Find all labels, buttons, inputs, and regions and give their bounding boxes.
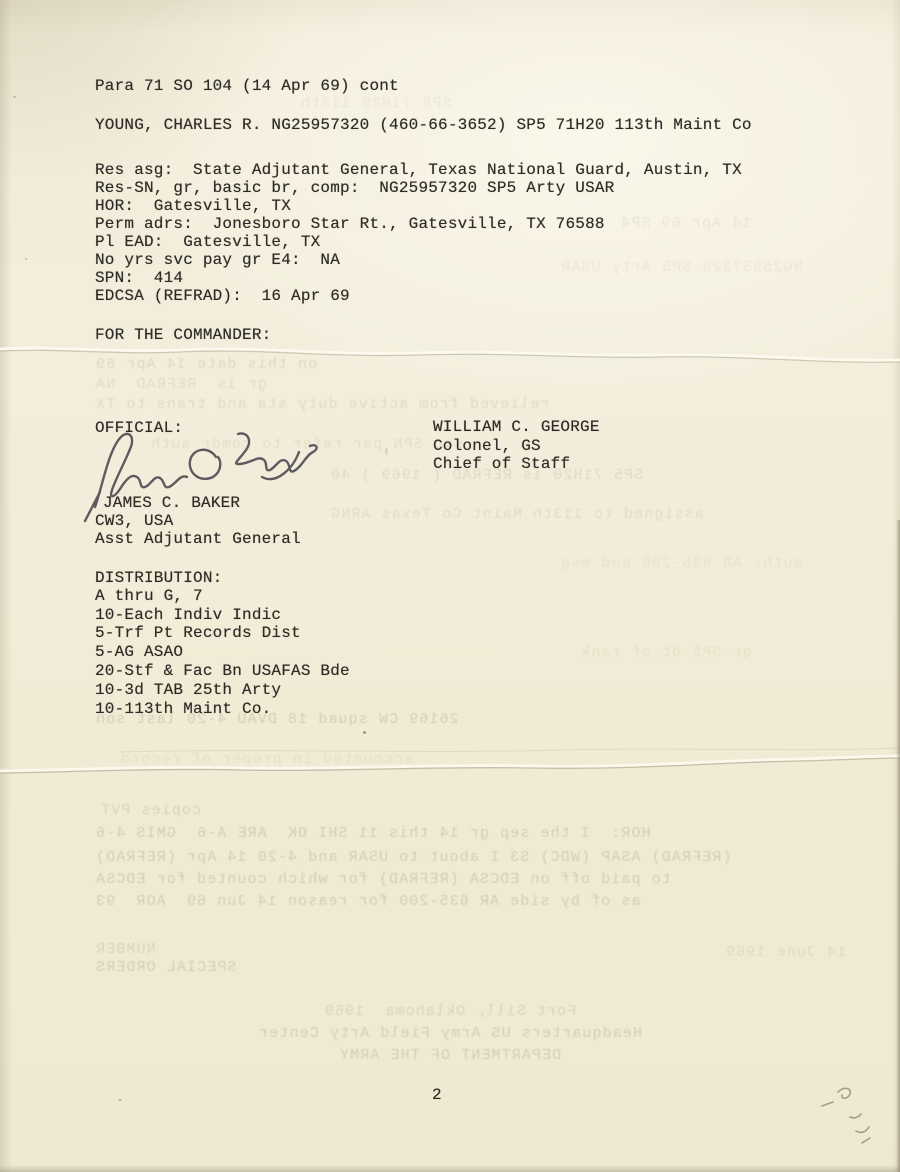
detail-edcsa: EDCSA (REFRAD): 16 Apr 69 <box>95 287 350 305</box>
detail-res-sn: Res-SN, gr, basic br, comp: NG25957320 S… <box>95 179 614 197</box>
bleedthrough-line: 14 June 1969 <box>725 945 846 961</box>
bleedthrough-line: Fort Sill, Oklahoma 1969 <box>250 1004 650 1020</box>
bleedthrough-line: as of by side AR 635-200 for reason 14 J… <box>95 894 640 910</box>
bleedthrough-line: on this date 14 Apr 69 <box>95 357 317 373</box>
bleedthrough-line: NG25957320 SP5 Arty USAR <box>560 260 802 276</box>
bleedthrough-line: (REFRAD) ASAP (WDC) S3 I about to USAR a… <box>95 850 731 866</box>
bleedthrough-line: SP5 71H20 113th <box>300 96 452 112</box>
page-number: 2 <box>432 1086 442 1104</box>
bleedthrough-line: DEPARTMENT OF THE ARMY <box>250 1048 650 1064</box>
bleedthrough-line: gr SP5 dt of rank <box>580 645 752 661</box>
soldier-identification-line: YOUNG, CHARLES R. NG25957320 (460-66-365… <box>95 116 752 134</box>
detail-perm-adrs: Perm adrs: Jonesboro Star Rt., Gatesvill… <box>95 215 605 233</box>
bleedthrough-line: sec SPN par refer to comdr auth <box>150 437 463 453</box>
bleedthrough-line: to paid off on EDCSA (REFRAD) for which … <box>95 872 671 888</box>
signer-name: JAMES C. BAKER <box>103 494 240 512</box>
signer-title: Asst Adjutant General <box>95 530 301 548</box>
distribution-item: A thru G, 7 <box>95 587 203 605</box>
paper-speck <box>385 447 388 455</box>
detail-res-asg: Res asg: State Adjutant General, Texas N… <box>95 161 742 179</box>
bleedthrough-line: Headquarters US Army Field Arty Center <box>150 1026 750 1042</box>
for-the-commander-line: FOR THE COMMANDER: <box>95 326 271 344</box>
distribution-item: 10-Each Indiv Indic <box>95 606 281 624</box>
distribution-item: 10-113th Maint Co. <box>95 700 271 718</box>
bleedthrough-line: assigned to 113th Maint Co Texas ARNG <box>330 507 704 523</box>
bleedthrough-line: copies PVT <box>100 803 201 819</box>
detail-hor: HOR: Gatesville, TX <box>95 197 291 215</box>
bleedthrough-line: relieved from active duty sta and trans … <box>95 397 550 413</box>
document-page: SP5 71H20 113th 14 Apr 69 SP4 NG25957320… <box>0 0 900 1172</box>
bleedthrough-line: NUMBER <box>95 942 156 958</box>
paper-speck <box>118 1099 122 1101</box>
commander-rank: Colonel, GS <box>433 437 541 455</box>
paper-speck <box>363 731 366 734</box>
bleedthrough-line: HOR: I the sep gr 14 this 11 SHI OK ARE … <box>95 826 651 842</box>
bleedthrough-line: 14 Apr 69 SP4 <box>620 216 751 232</box>
distribution-label: DISTRIBUTION: <box>95 569 222 587</box>
bleedthrough-line: auth: AR 635-200 and msg <box>560 556 802 572</box>
order-continuation-line: Para 71 SO 104 (14 Apr 69) cont <box>95 77 399 95</box>
distribution-item: 5-AG ASAO <box>95 643 183 661</box>
distribution-item: 5-Trf Pt Records Dist <box>95 624 301 642</box>
distribution-item: 10-3d TAB 25th Arty <box>95 681 281 699</box>
bleedthrough-line: gr is REFRAD NA <box>95 377 267 393</box>
commander-name: WILLIAM C. GEORGE <box>433 418 600 436</box>
page-right-edge-shadow <box>896 520 900 1172</box>
paper-speck <box>13 96 16 98</box>
signer-rank: CW3, USA <box>95 512 173 530</box>
paper-speck <box>25 258 27 260</box>
commander-title: Chief of Staff <box>433 455 570 473</box>
bleedthrough-line: accounted in proper of record <box>120 752 413 768</box>
distribution-item: 20-Stf & Fac Bn USAFAS Bde <box>95 662 350 680</box>
detail-spn: SPN: 414 <box>95 269 183 287</box>
detail-yrs-svc: No yrs svc pay gr E4: NA <box>95 251 340 269</box>
bleedthrough-line: SPECIAL ORDERS <box>95 960 236 976</box>
official-label: OFFICIAL: <box>95 419 183 437</box>
detail-pl-ead: Pl EAD: Gatesville, TX <box>95 233 320 251</box>
